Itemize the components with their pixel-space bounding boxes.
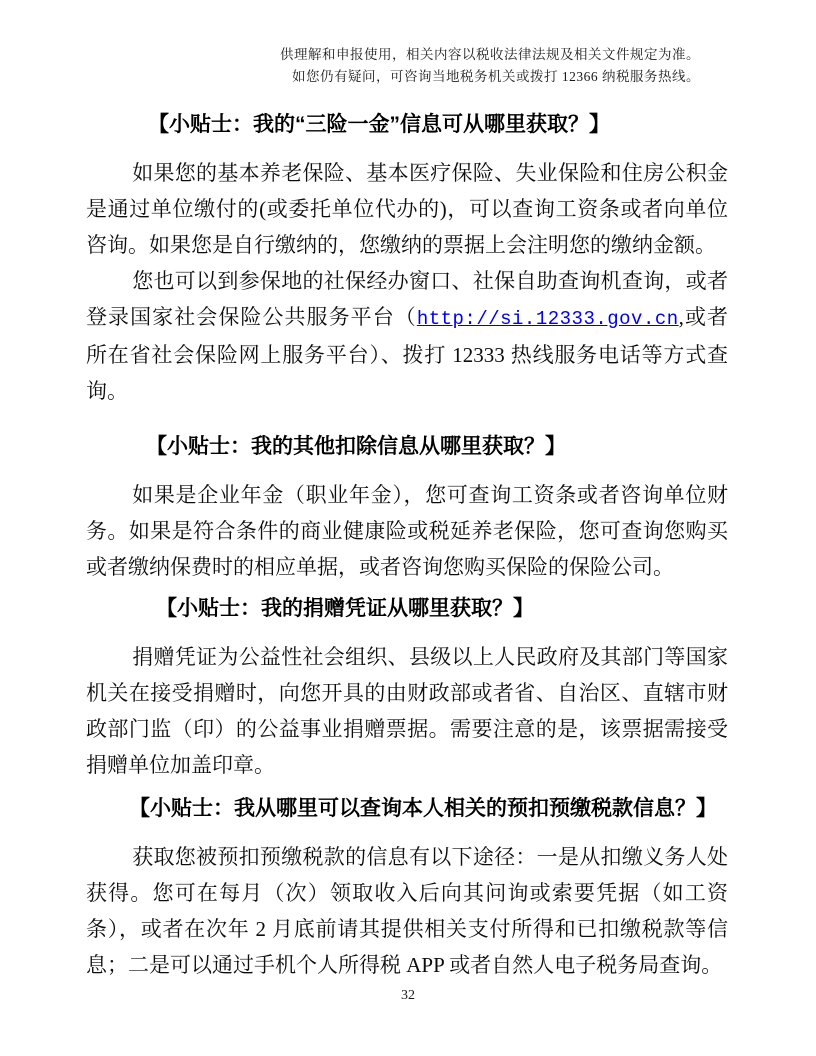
tip-heading-sanxianyijin: 【小贴士：我的“三险一金”信息可从哪里获取？】: [148, 110, 728, 140]
body-paragraph: 如果您的基本养老保险、基本医疗保险、失业保险和住房公积金是通过单位缴付的(或委托…: [86, 155, 728, 263]
body-paragraph-with-link: 您也可以到参保地的社保经办窗口、社保自助查询机查询，或者登录国家社会保险公共服务…: [86, 263, 728, 409]
document-page: 供理解和申报使用，相关内容以税收法律法规及相关文件规定为准。 如您仍有疑问，可咨…: [0, 0, 816, 1056]
header-note-line2: 如您仍有疑问，可咨询当地税务机关或拨打 12366 纳税服务热线。: [280, 66, 700, 88]
document-body: 【小贴士：我的“三险一金”信息可从哪里获取？】 如果您的基本养老保险、基本医疗保…: [86, 110, 728, 983]
page-number: 32: [0, 988, 816, 1004]
body-paragraph: 捐赠凭证为公益性社会组织、县级以上人民政府及其部门等国家机关在接受捐赠时，向您开…: [86, 639, 728, 783]
tip-heading-withholding-info: 【小贴士：我从哪里可以查询本人相关的预扣预缴税款信息？】: [129, 794, 728, 824]
si-12333-hyperlink[interactable]: http://si.12333.gov.cn: [417, 308, 679, 330]
tip-heading-other-deductions: 【小贴士：我的其他扣除信息从哪里获取？】: [146, 432, 728, 462]
body-paragraph: 如果是企业年金（职业年金），您可查询工资条或者咨询单位财务。如果是符合条件的商业…: [86, 477, 728, 585]
page-header-note: 供理解和申报使用，相关内容以税收法律法规及相关文件规定为准。 如您仍有疑问，可咨…: [280, 44, 700, 88]
body-paragraph: 获取您被预扣预缴税款的信息有以下途径：一是从扣缴义务人处获得。您可在每月（次）领…: [86, 839, 728, 983]
tip-heading-donation-voucher: 【小贴士：我的捐赠凭证从哪里获取？】: [156, 594, 728, 624]
header-note-line1: 供理解和申报使用，相关内容以税收法律法规及相关文件规定为准。: [280, 44, 700, 66]
